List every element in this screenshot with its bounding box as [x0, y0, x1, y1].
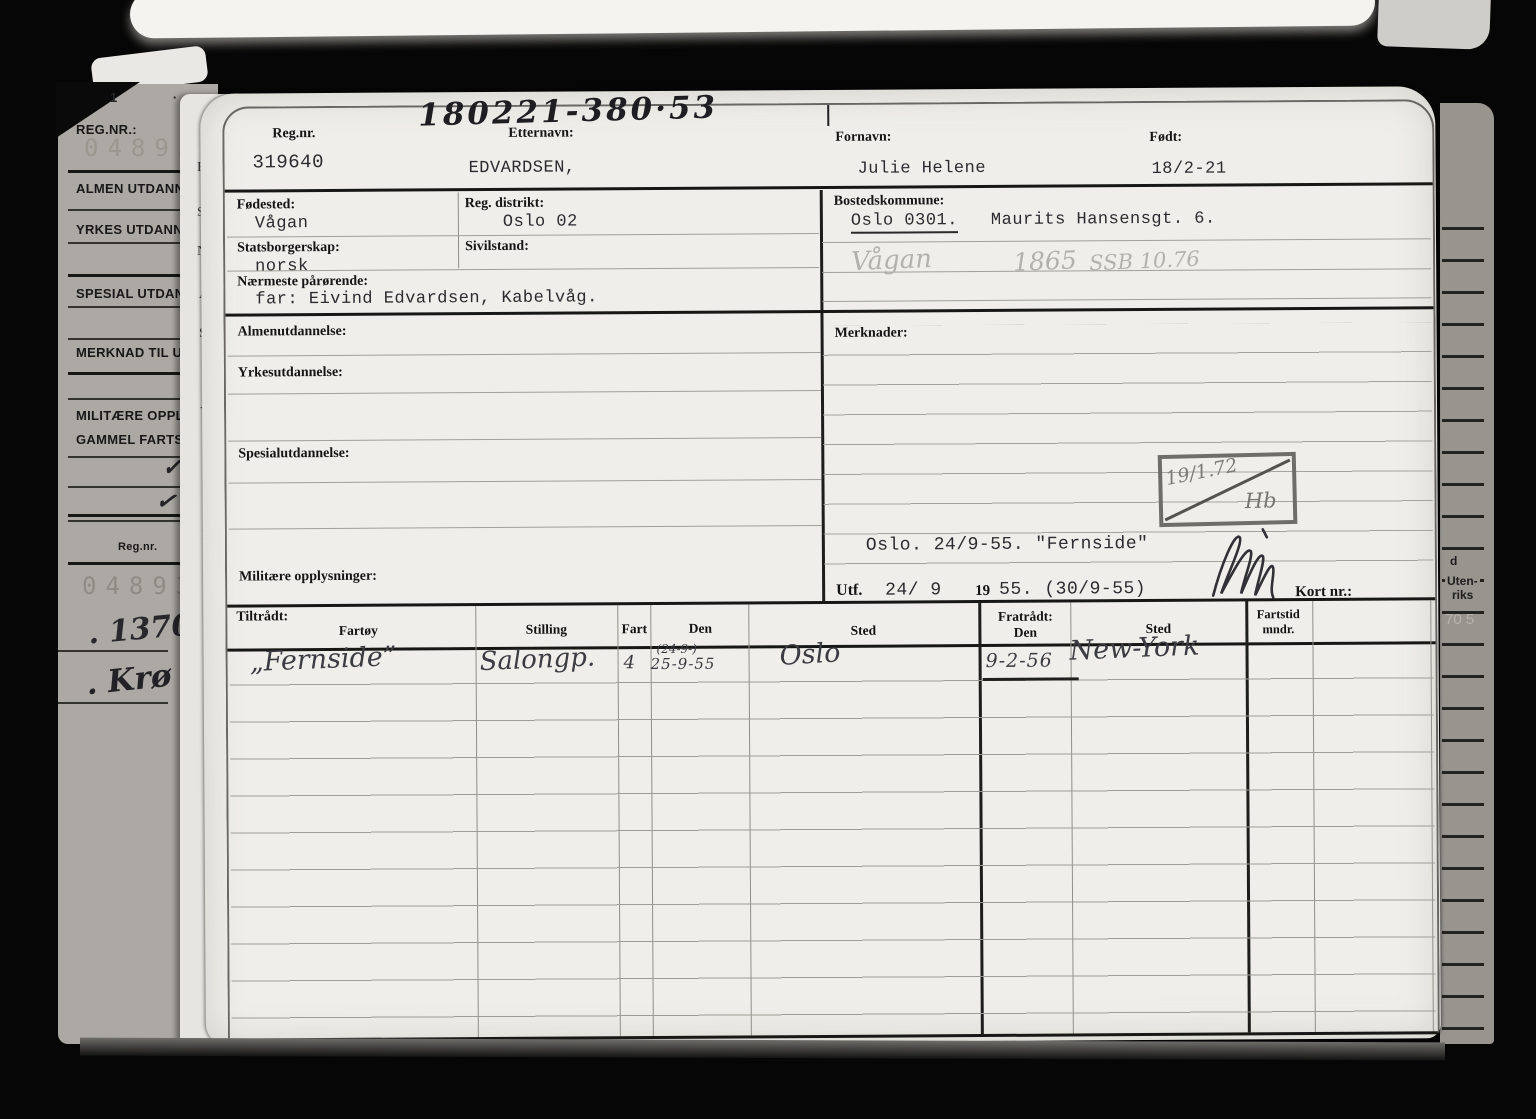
fodt-label: Født:: [1149, 130, 1182, 146]
underlying-right-card: d Uten- riks 70 5: [1440, 103, 1494, 1044]
faint-stamp: 70 5: [1445, 611, 1474, 628]
col-header-fratradt-den: Den: [982, 624, 1068, 641]
divider: [68, 514, 182, 517]
fornavn-value: Julie Helene: [858, 159, 987, 179]
divider: [68, 242, 182, 244]
left-card-label-yrkes: YRKES UTDANNE: [76, 222, 192, 237]
seaman-register-card: 180221-380·53 Reg.nr. 319640 Etternavn: …: [200, 86, 1441, 1046]
col-header-fartoy: Fartøy: [263, 622, 453, 639]
divider: [68, 398, 182, 400]
col-header-fratradt: Fratrådt:: [982, 608, 1068, 625]
divider: [68, 306, 182, 308]
regnr-value: 319640: [252, 151, 324, 173]
bostedskommune-address: Maurits Hansensgt. 6.: [991, 210, 1216, 230]
ruled-lines: [229, 641, 1435, 1020]
row-fratradt-sted-handwriting: New-York: [1069, 630, 1200, 666]
stamp-initials-handwriting: Hb: [1245, 488, 1277, 513]
statsborgerskap-label: Statsborgerskap:: [237, 240, 340, 257]
left-card-label-militaere: MILITÆRE OPPLY:: [76, 408, 195, 423]
page-bottom-shadow: [80, 1038, 1445, 1061]
fornavn-label: Fornavn:: [835, 130, 891, 146]
left-card-label-merknad: MERKNAD TIL UT: [76, 345, 190, 360]
utf-label: Utf.: [836, 582, 862, 600]
yrkesutdannelse-label: Yrkesutdannelse:: [238, 365, 343, 382]
bostedskommune-label: Bostedskommune:: [834, 193, 945, 210]
date-stamp-box: 19/1.72 Hb: [1158, 452, 1298, 527]
divider: [68, 274, 182, 277]
sivilstand-label: Sivilstand:: [465, 239, 529, 255]
divider: [68, 338, 182, 340]
col-header-den: Den: [654, 620, 746, 637]
handwritten-number: . 1370: [87, 608, 194, 652]
left-card-regnr-label-lower: Reg.nr.: [118, 541, 157, 553]
page-edge-top-right: [1377, 0, 1491, 50]
pencil-note-year: 1865: [1013, 245, 1078, 277]
partial-label-utenriks-2: riks: [1450, 589, 1475, 602]
divider: [68, 170, 182, 173]
regnr-label: Reg.nr.: [272, 126, 315, 142]
col-header-fart: Fart: [614, 621, 654, 637]
col-header-sted: Sted: [763, 622, 963, 639]
militaere-opplysninger-label: Militære opplysninger:: [239, 569, 377, 586]
ruled-lines: [823, 322, 1433, 566]
page-edge-top: [130, 0, 1375, 39]
bostedskommune-value: Oslo 0301.: [851, 211, 958, 234]
fodested-value: Vågan: [255, 214, 309, 233]
utf-century: 19: [975, 583, 990, 600]
utf-year: 55. (30/9-55): [999, 579, 1146, 600]
divider: [68, 209, 182, 211]
etternavn-value: EDVARDSEN,: [469, 158, 576, 178]
fodested-label: Fødested:: [237, 197, 295, 213]
almenutdannelse-label: Almenutdannelse:: [238, 324, 347, 341]
checkmark-handwriting: ✓: [154, 485, 178, 517]
left-card-label-almen: ALMEN UTDANN: [76, 181, 184, 196]
row-fartoy-handwriting: „Fernside”: [249, 641, 397, 678]
left-card-label-gammel: GAMMEL FARTSTI: [76, 432, 196, 447]
divider: [68, 562, 182, 565]
row-stilling-handwriting: Salongp.: [479, 642, 596, 677]
row-den-handwriting: 25-9-55: [651, 655, 716, 673]
row-fratradt-den-handwriting: 9-2-56: [986, 650, 1053, 672]
partial-letter: d: [1447, 555, 1460, 568]
pencil-note-ref: SSB 10.76: [1089, 247, 1201, 276]
col-header-fartstid-2: mndr.: [1246, 622, 1310, 637]
scanned-register-card: 1 · 2 · REG.NR.: 04893 ALMEN UTDANN YRKE…: [0, 0, 1536, 1119]
signature-handwriting: [1203, 523, 1299, 608]
col-header-fartstid-1: Fartstid: [1246, 607, 1310, 622]
partial-label-utenriks-1: Uten-: [1445, 575, 1480, 588]
reg-distrikt-value: Oslo 02: [503, 212, 578, 231]
row-sted-handwriting: Oslo: [779, 637, 842, 672]
naermeste-parorende-label: Nærmeste pårørende:: [237, 274, 368, 291]
divider: [58, 702, 168, 704]
handwritten-word: . Krø: [84, 658, 173, 703]
fodt-value: 18/2-21: [1152, 160, 1227, 179]
divider: [68, 520, 182, 522]
reg-distrikt-label: Reg. distrikt:: [465, 196, 544, 212]
underline-handwriting: [983, 677, 1079, 681]
remark-note: Oslo. 24/9-55. "Fernside": [866, 534, 1149, 556]
tick-mark: [827, 105, 829, 126]
utf-day-month: 24/ 9: [885, 580, 942, 600]
spesialutdannelse-label: Spesialutdannelse:: [238, 446, 349, 463]
divider: [58, 650, 168, 652]
pencil-note-place: Vågan: [851, 244, 933, 277]
row-fart-handwriting: 4: [624, 652, 636, 673]
col-header-stilling: Stilling: [486, 621, 606, 638]
etternavn-label: Etternavn:: [508, 125, 573, 141]
naermeste-parorende-value: far: Eivind Edvardsen, Kabelvåg.: [255, 288, 598, 309]
left-card-label-spesial: SPESIAL UTDANN: [76, 286, 194, 301]
divider: [68, 372, 182, 375]
